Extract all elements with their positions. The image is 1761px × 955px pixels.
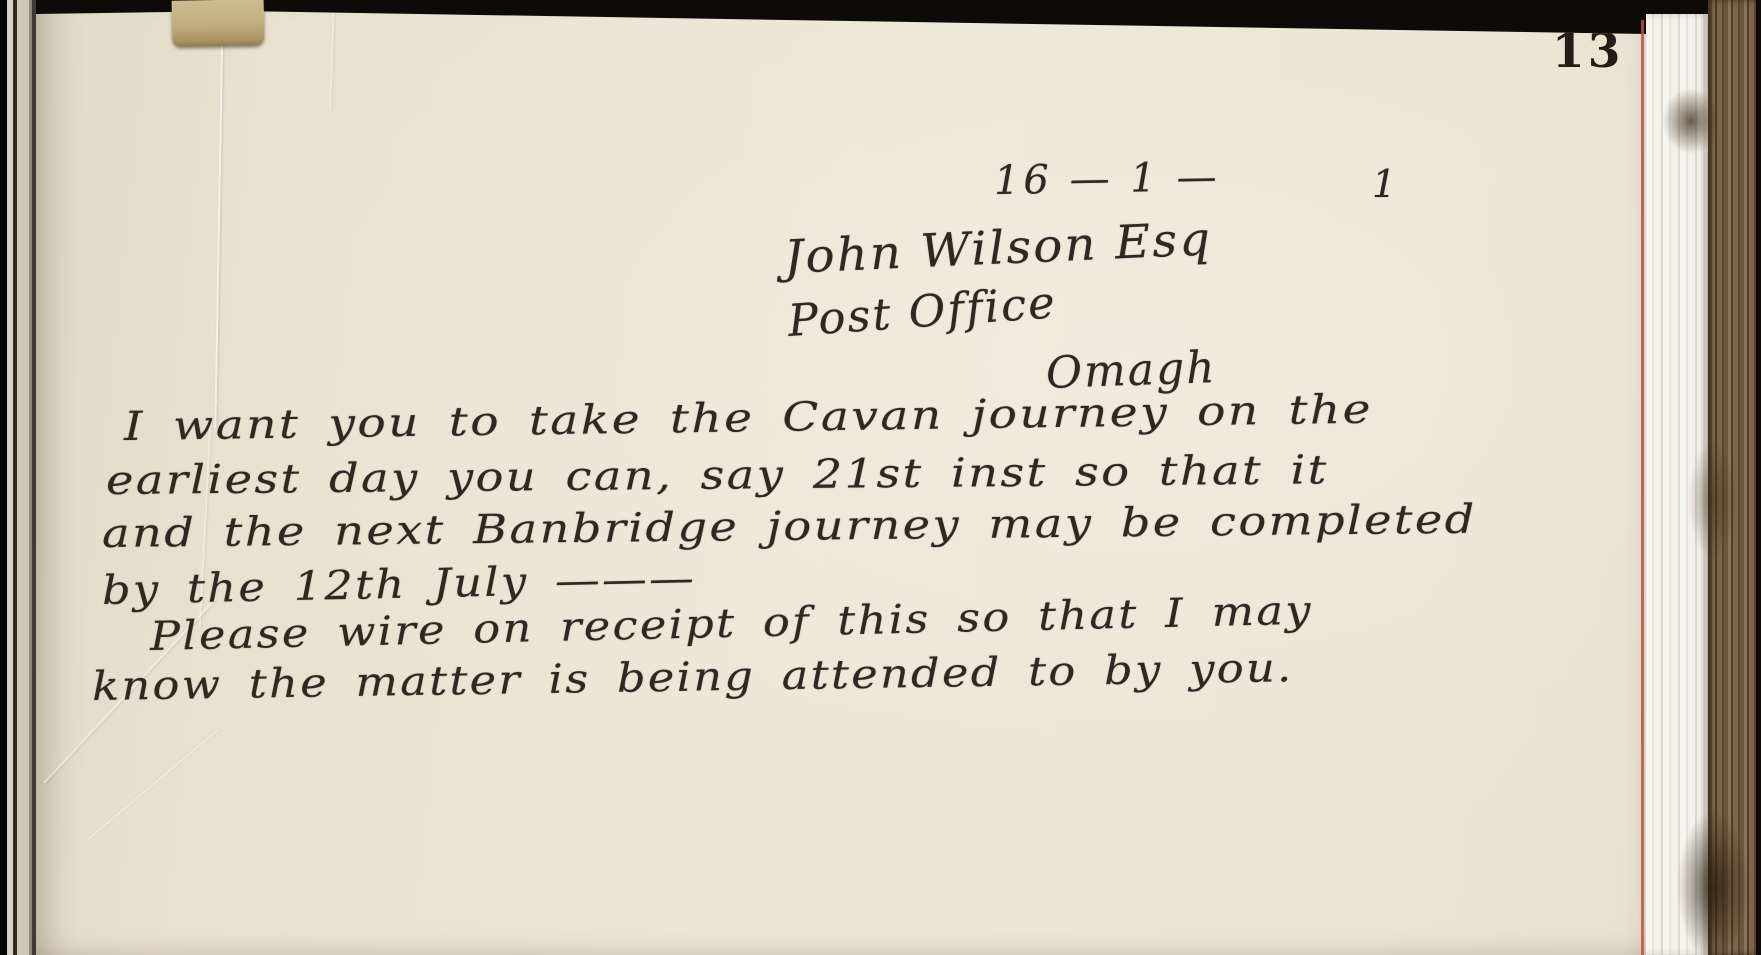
date-line: 16 — 1 — bbox=[994, 154, 1221, 204]
recipient-address-line: Post Office bbox=[786, 277, 1058, 347]
page-number: 13 bbox=[1552, 24, 1623, 79]
body-line: earliest day you can, say 21st inst so t… bbox=[106, 447, 1329, 504]
paper-crease bbox=[87, 729, 219, 840]
page-marker-tab bbox=[172, 0, 265, 47]
recipient-name: John Wilson Esq bbox=[783, 211, 1213, 284]
red-margin-rule bbox=[1641, 20, 1644, 955]
edge-stain bbox=[1678, 812, 1748, 955]
folio-mark: 1 bbox=[1372, 162, 1396, 206]
edge-stain bbox=[1688, 440, 1736, 560]
body-line: and the next Banbridge journey may be co… bbox=[102, 497, 1477, 557]
edge-stain bbox=[1662, 88, 1720, 154]
facing-page-edges bbox=[0, 0, 36, 955]
paper-crease bbox=[214, 8, 223, 428]
body-line: I want you to take the Cavan journey on … bbox=[124, 387, 1374, 450]
paper-crease bbox=[329, 0, 335, 110]
scanned-letter-book-photo: 13 16 — 1 — 1 John Wilson Esq Post Offic… bbox=[0, 0, 1761, 955]
letter-page: 13 16 — 1 — 1 John Wilson Esq Post Offic… bbox=[36, 0, 1646, 955]
